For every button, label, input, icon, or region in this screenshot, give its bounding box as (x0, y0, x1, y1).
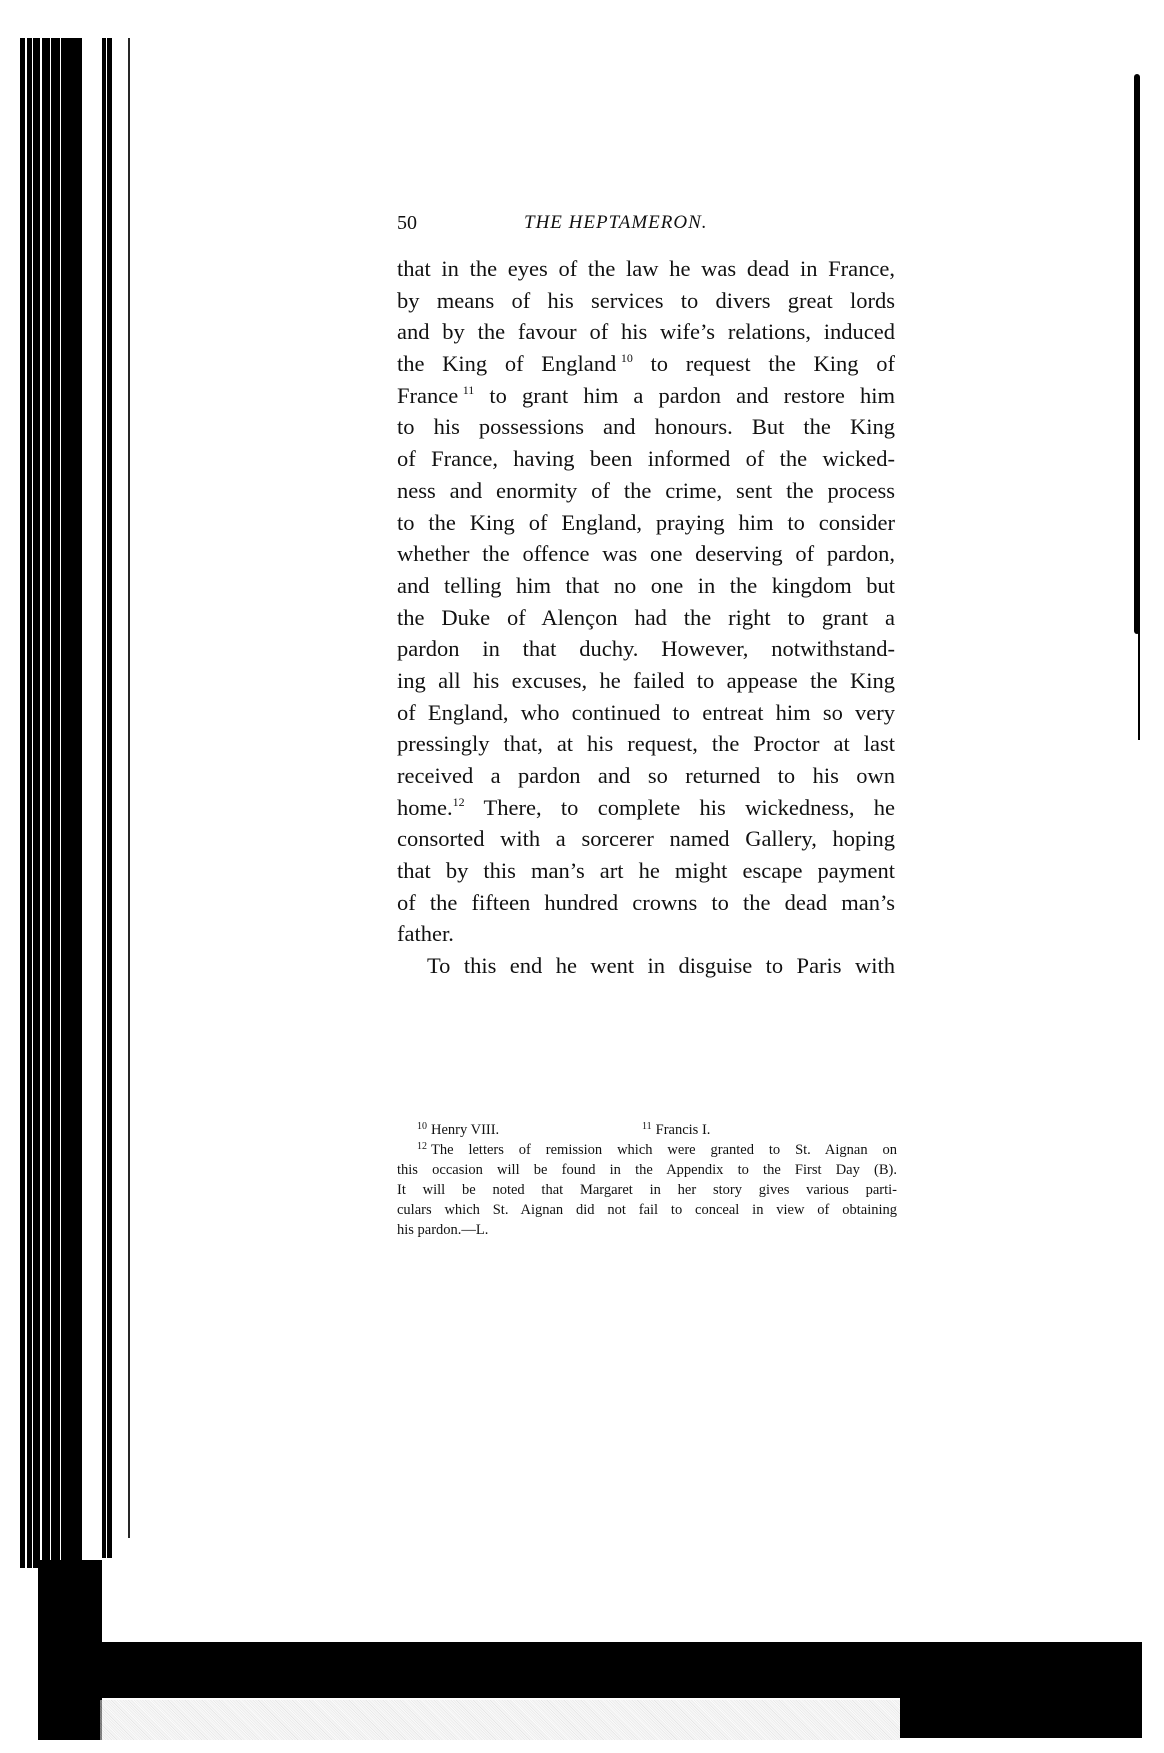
footnote-text: Henry VIII. (431, 1122, 499, 1138)
text-line: and telling him that no one in the kingd… (397, 570, 895, 602)
running-title: THE HEPTAMERON. (524, 212, 708, 234)
text-line: that by this man’s art he might escape p… (397, 855, 895, 887)
text-segment: France (397, 383, 458, 408)
footnote-text: The letters of remission which were gran… (431, 1142, 897, 1158)
text-line: the King of England 10 to request the Ki… (397, 348, 895, 380)
footnotes: 10Henry VIII.11Francis I. 12The letters … (397, 1120, 897, 1240)
text-line: consorted with a sorcerer named Gallery,… (397, 823, 895, 855)
right-page-edge (1134, 74, 1140, 634)
book-binding-strip (102, 38, 112, 1558)
text-segment: There, to complete his wickedness, he (465, 795, 895, 820)
text-line: the Duke of Alençon had the right to gra… (397, 602, 895, 634)
footnote-text: Francis I. (656, 1122, 711, 1138)
text-segment: to request the King of (633, 351, 895, 376)
footnote-marker: 12 (417, 1141, 427, 1152)
text-line: by means of his services to divers great… (397, 285, 895, 317)
footnote-ref-12[interactable]: 12 (453, 795, 465, 809)
text-line: received a pardon and so returned to his… (397, 760, 895, 792)
text-segment: the King of England (397, 351, 616, 376)
footnote-marker: 11 (642, 1121, 652, 1132)
footnote-11: 11Francis I. (622, 1120, 847, 1140)
text-line: that in the eyes of the law he was dead … (397, 253, 895, 285)
text-segment: to grant him a pardon and restore him (474, 383, 895, 408)
book-binding-shadow (20, 38, 82, 1568)
text-line: father. (397, 918, 895, 950)
running-head: 50 THE HEPTAMERON. (397, 212, 897, 242)
text-line: pardon in that duchy. However, notwithst… (397, 633, 895, 665)
page-gutter-edge (128, 38, 130, 1538)
text-line: ing all his excuses, he failed to appeas… (397, 665, 895, 697)
footnote-text-line: this occasion will be found in the Appen… (397, 1160, 897, 1180)
footnote-marker: 10 (417, 1121, 427, 1132)
text-line: whether the offence was one deserving of… (397, 538, 895, 570)
footnote-text-line: It will be noted that Margaret in her st… (397, 1180, 897, 1200)
footnote-ref-11[interactable]: 11 (463, 383, 475, 397)
body-text: that in the eyes of the law he was dead … (397, 253, 895, 982)
text-line: to the King of England, praying him to c… (397, 507, 895, 539)
text-line: France 11 to grant him a pardon and rest… (397, 380, 895, 412)
text-segment: home. (397, 795, 453, 820)
text-line: of the fifteen hundred crowns to the dea… (397, 887, 895, 919)
footnote-text-line: culars which St. Aignan did not fail to … (397, 1200, 897, 1220)
bottom-right-scan-shadow (900, 1690, 1142, 1738)
text-line: pressingly that, at his request, the Pro… (397, 728, 895, 760)
text-line: to his possessions and honours. But the … (397, 411, 895, 443)
right-page-edge-thin (1138, 560, 1140, 740)
paragraph-start-line: To this end he went in disguise to Paris… (397, 950, 895, 982)
text-line: of England, who continued to entreat him… (397, 697, 895, 729)
text-line: ness and enormity of the crime, sent the… (397, 475, 895, 507)
text-line: of France, having been informed of the w… (397, 443, 895, 475)
footnote-ref-10[interactable]: 10 (621, 351, 633, 365)
bottom-scan-noise (100, 1700, 900, 1740)
footnote-10: 10Henry VIII. (397, 1120, 622, 1140)
footnote-text-line: his pardon.—L. (397, 1220, 897, 1240)
text-line: and by the favour of his wife’s relation… (397, 316, 895, 348)
page-number: 50 (397, 212, 417, 235)
text-line: home.12 There, to complete his wickednes… (397, 792, 895, 824)
footnote-row-short: 10Henry VIII.11Francis I. (397, 1120, 897, 1140)
footnote-12: 12The letters of remission which were gr… (397, 1140, 897, 1160)
